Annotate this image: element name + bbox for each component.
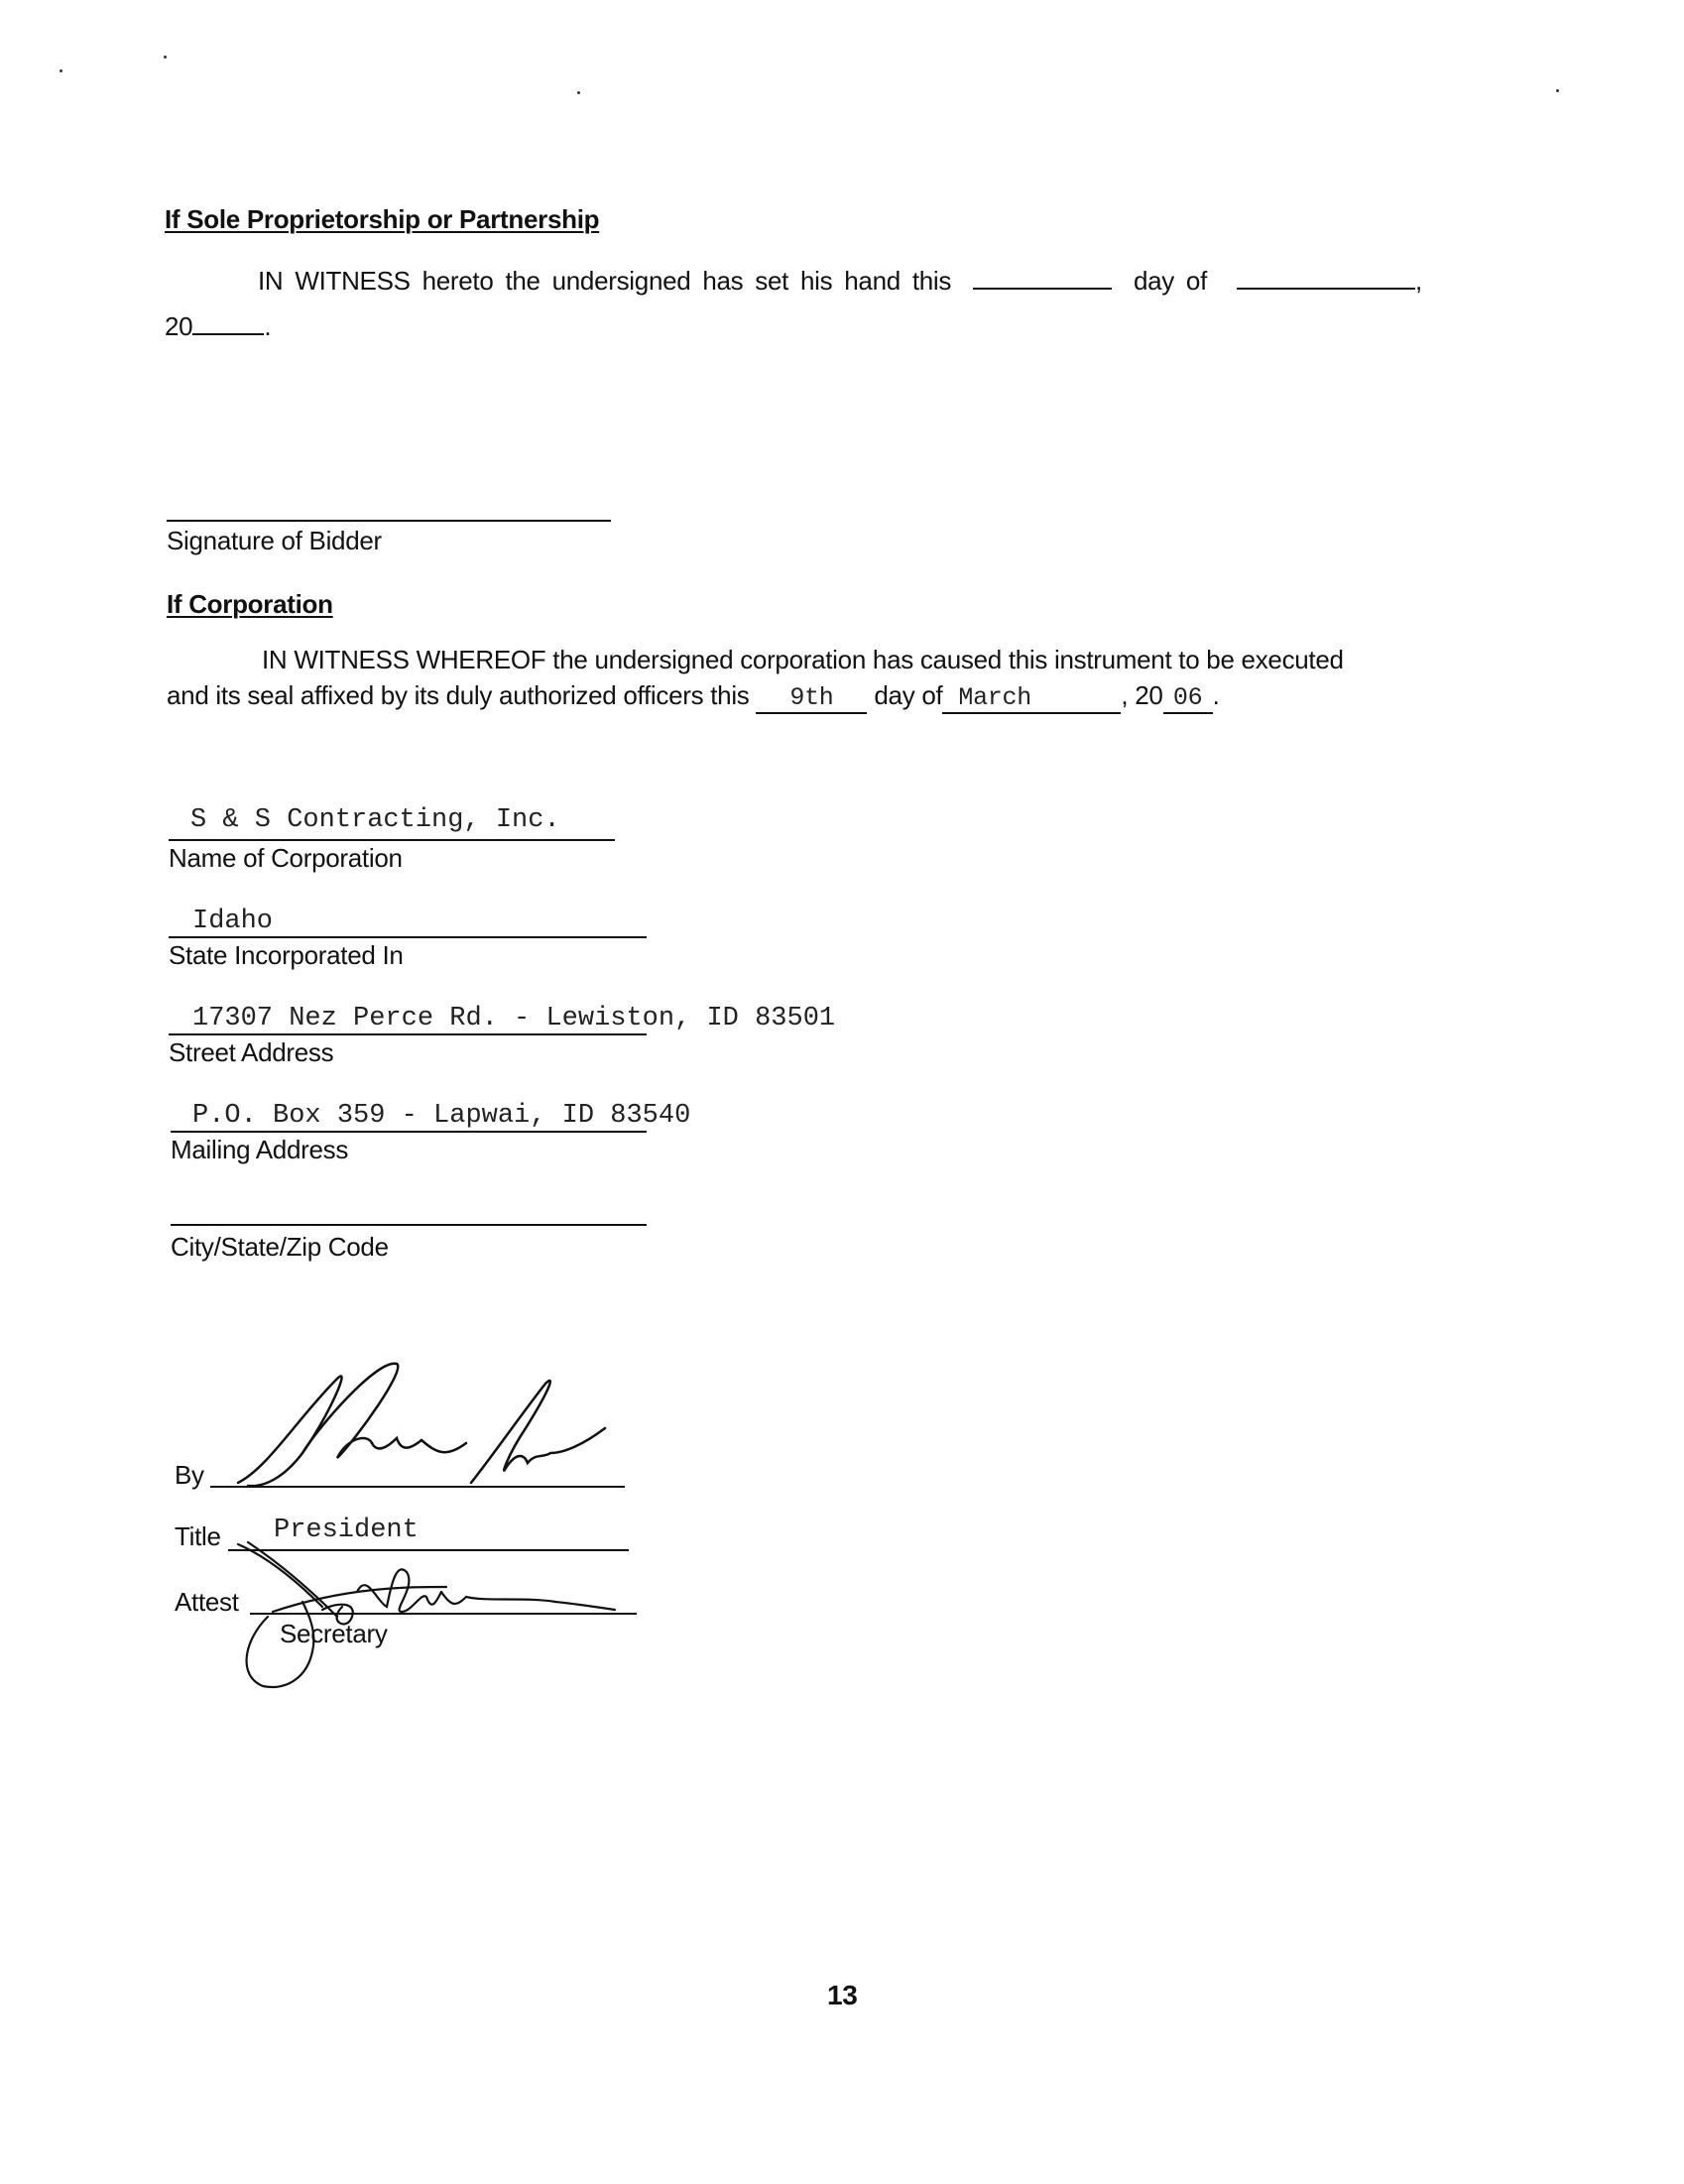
city-state-zip-label: City/State/Zip Code xyxy=(171,1232,389,1263)
state-incorporated-line xyxy=(169,936,647,938)
mailing-address-line xyxy=(171,1131,647,1133)
president-signature xyxy=(208,1359,625,1508)
state-incorporated-value[interactable]: Idaho xyxy=(192,907,273,936)
bidder-signature-line[interactable] xyxy=(167,520,611,522)
by-label: By xyxy=(175,1460,204,1491)
corp-witness-text: and its seal affixed by its duly authori… xyxy=(167,680,750,710)
scan-speck xyxy=(577,91,580,94)
mailing-address-label: Mailing Address xyxy=(171,1135,348,1165)
sole-year-line: 20. xyxy=(165,311,271,342)
signature-of-bidder-label: Signature of Bidder xyxy=(167,526,382,556)
sole-month-field[interactable] xyxy=(1237,268,1415,290)
corp-day-field[interactable]: 9th xyxy=(756,683,867,714)
corp-witness-line-2: and its seal affixed by its duly authori… xyxy=(167,680,1220,714)
corporation-name-label: Name of Corporation xyxy=(169,843,403,874)
corp-year-field[interactable]: 06 xyxy=(1163,683,1213,714)
secretary-signature xyxy=(228,1532,664,1691)
corporation-name-line xyxy=(169,839,615,841)
page-number: 13 xyxy=(827,1980,858,2011)
city-state-zip-line xyxy=(171,1224,647,1226)
corp-year-prefix: , 20 xyxy=(1121,680,1162,710)
sole-day-field[interactable] xyxy=(973,268,1112,290)
sole-proprietorship-heading: If Sole Proprietorship or Partnership xyxy=(165,204,599,235)
corp-witness-line-1: IN WITNESS WHEREOF the undersigned corpo… xyxy=(262,645,1344,675)
corp-day-of-text: day of xyxy=(874,680,942,710)
corp-month-field[interactable]: March xyxy=(942,683,1121,714)
sole-witness-line: IN WITNESS hereto the undersigned has se… xyxy=(258,266,1422,297)
mailing-address-value[interactable]: P.O. Box 359 - Lapwai, ID 83540 xyxy=(192,1101,690,1131)
title-label: Title xyxy=(175,1521,221,1552)
corporation-name-value[interactable]: S & S Contracting, Inc. xyxy=(190,805,560,835)
corporation-heading: If Corporation xyxy=(167,589,333,620)
state-incorporated-label: State Incorporated In xyxy=(169,940,404,971)
sole-day-of-text: day of xyxy=(1134,266,1207,296)
sole-year-field[interactable] xyxy=(192,313,264,335)
scan-speck xyxy=(60,69,62,72)
street-address-value[interactable]: 17307 Nez Perce Rd. - Lewiston, ID 83501 xyxy=(192,1004,835,1033)
scan-speck xyxy=(1556,89,1559,92)
street-address-line xyxy=(169,1033,647,1035)
sole-year-prefix: 20 xyxy=(165,311,192,341)
street-address-label: Street Address xyxy=(169,1037,333,1068)
sole-witness-text: IN WITNESS hereto the undersigned has se… xyxy=(258,266,951,296)
scan-speck xyxy=(164,56,167,59)
